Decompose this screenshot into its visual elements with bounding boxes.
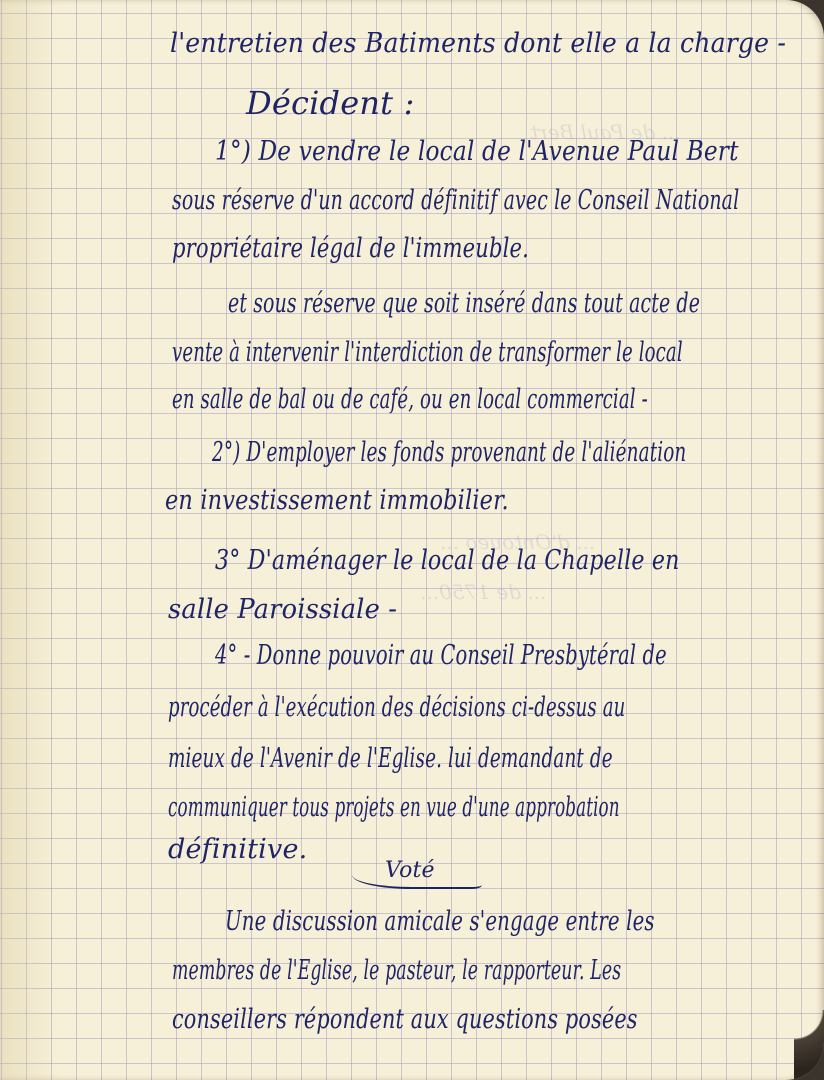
text-line: 2°) D'employer les fonds provenant de l'… — [212, 437, 686, 468]
text-line: 1°) De vendre le local de l'Avenue Paul … — [215, 136, 739, 167]
text-line: conseillers répondent aux questions posé… — [172, 1004, 638, 1035]
text-line: salle Paroissiale - — [168, 594, 397, 625]
text-line: procéder à l'exécution des décisions ci-… — [168, 692, 625, 723]
text-line: 4° - Donne pouvoir au Conseil Presbytéra… — [215, 640, 667, 671]
text-line: Une discussion amicale s'engage entre le… — [225, 906, 655, 937]
text-line: et sous réserve que soit inséré dans tou… — [228, 288, 700, 319]
page-corner-edge — [794, 1010, 824, 1080]
text-line: l'entretien des Batiments dont elle a la… — [170, 28, 786, 59]
text-line: en salle de bal ou de café, ou en local … — [172, 384, 648, 415]
text-line: mieux de l'Avenir de l'Eglise. lui deman… — [168, 743, 613, 774]
text-line: vente à intervenir l'interdiction de tra… — [172, 337, 683, 368]
vote-underline — [352, 871, 482, 889]
text-line: définitive. — [168, 834, 307, 865]
text-line: en investissement immobilier. — [165, 485, 509, 516]
text-line: 3° D'aménager le local de la Chapelle en — [215, 545, 680, 576]
decision-heading: Décident : — [246, 84, 415, 122]
text-line: communiquer tous projets en vue d'une ap… — [168, 792, 620, 823]
bleed-through-text: ... de 1750... — [420, 580, 546, 604]
text-line: sous réserve d'un accord définitif avec … — [172, 185, 739, 216]
notebook-page: ... de Paul Bert ... d'Ontoueo ... ... d… — [0, 0, 824, 1080]
text-line: membres de l'Eglise, le pasteur, le rapp… — [172, 955, 621, 986]
text-line: propriétaire légal de l'immeuble. — [172, 233, 529, 264]
